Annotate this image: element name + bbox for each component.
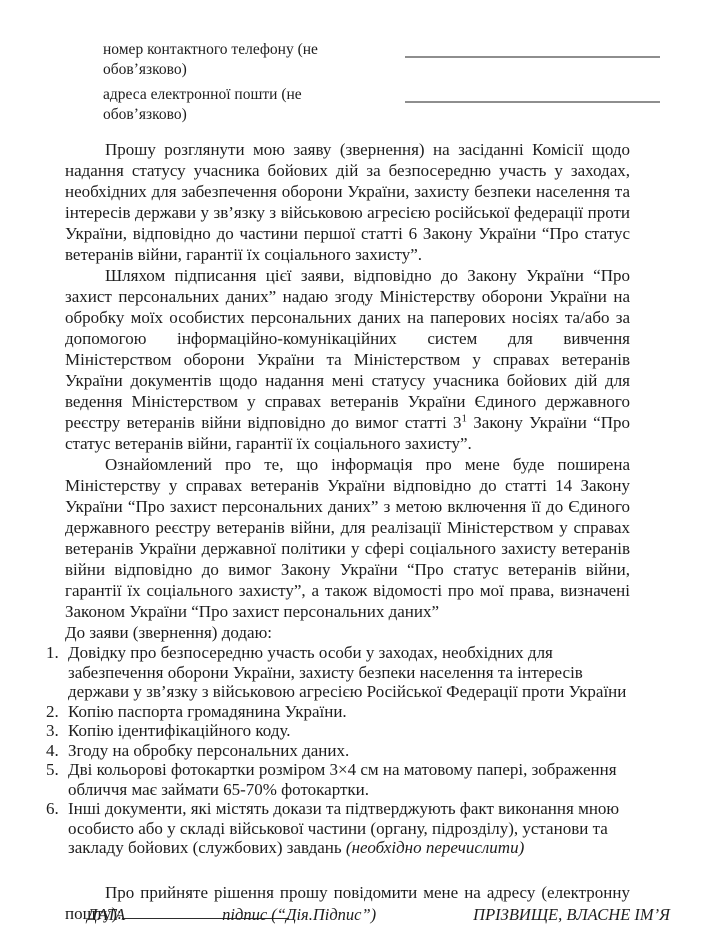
attachment-text-main: Копію паспорта громадянина України. — [68, 702, 347, 721]
paragraph-request: Прошу розглянути мою заяву (звернення) н… — [65, 139, 630, 265]
footer-name-label: ПРІЗВИЩЕ, ВЛАСНЕ ІМ’Я — [473, 905, 670, 925]
attachment-text-main: Інші документи, які містять докази та пі… — [68, 799, 619, 857]
attachment-text-main: Копію ідентифікаційного коду. — [68, 721, 291, 740]
consent-text-before-sup: Шляхом підписання цієї заяви, відповідно… — [65, 266, 630, 432]
attachment-text-main: Згоду на обробку персональних даних. — [68, 741, 349, 760]
attachment-text-main: Довідку про безпосередню участь особи у … — [68, 643, 626, 701]
footer-date-label: ДАТА — [87, 905, 125, 925]
attachments-list: 1. Довідку про безпосередню участь особи… — [46, 643, 630, 858]
attachment-item-3: 3. Копію ідентифікаційного коду. — [46, 721, 630, 741]
attachment-item-1: 1. Довідку про безпосередню участь особи… — [46, 643, 630, 702]
attachment-number: 1. — [46, 643, 68, 702]
field-row-email: адреса електронної пошти (не обов’язково… — [103, 85, 660, 125]
field-row-phone: номер контактного телефону (не обов’язко… — [103, 40, 660, 80]
attachment-text: Копію ідентифікаційного коду. — [68, 721, 630, 741]
attachment-text: Інші документи, які містять докази та пі… — [68, 799, 630, 858]
attachment-item-5: 5. Дві кольорові фотокартки розміром 3×4… — [46, 760, 630, 799]
attachment-text: Довідку про безпосередню участь особи у … — [68, 643, 630, 702]
attachment-number: 6. — [46, 799, 68, 858]
contact-fields-section: номер контактного телефону (не обов’язко… — [103, 40, 660, 125]
attachment-number: 4. — [46, 741, 68, 761]
phone-field-label: номер контактного телефону (не обов’язко… — [103, 40, 353, 80]
footer-signature-label: підпис (“Дія.Підпис”) — [222, 905, 376, 925]
attachment-text: Дві кольорові фотокартки розміром 3×4 см… — [68, 760, 630, 799]
attachment-number: 2. — [46, 702, 68, 722]
attachments-intro: До заяви (звернення) додаю: — [65, 622, 630, 643]
paragraph-informed: Ознайомлений про те, що інформація про м… — [65, 454, 630, 622]
attachment-text: Копію паспорта громадянина України. — [68, 702, 630, 722]
attachment-item-2: 2. Копію паспорта громадянина України. — [46, 702, 630, 722]
attachment-text-main: Дві кольорові фотокартки розміром 3×4 см… — [68, 760, 617, 799]
email-field-underline — [405, 85, 660, 103]
attachment-number: 5. — [46, 760, 68, 799]
document-page: номер контактного телефону (не обов’язко… — [0, 0, 721, 936]
attachment-item-6: 6. Інші документи, які містять докази та… — [46, 799, 630, 858]
attachment-item-4: 4. Згоду на обробку персональних даних. — [46, 741, 630, 761]
attachment-number: 3. — [46, 721, 68, 741]
paragraph-consent: Шляхом підписання цієї заяви, відповідно… — [65, 265, 630, 454]
attachment-text-italic: (необхідно перечислити) — [346, 838, 524, 857]
signature-footer: ДАТА підпис (“Дія.Підпис”) ПРІЗВИЩЕ, ВЛА… — [87, 905, 670, 925]
attachment-text: Згоду на обробку персональних даних. — [68, 741, 630, 761]
phone-field-underline — [405, 40, 660, 58]
email-field-label: адреса електронної пошти (не обов’язково… — [103, 85, 353, 125]
